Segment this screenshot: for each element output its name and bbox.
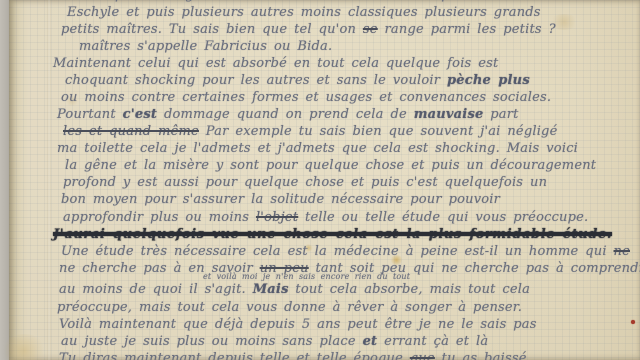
manuscript-text: et un peu V. Hugo et Dickens et Beecher … xyxy=(9,0,640,360)
handwritten-text: Tu diras maintenant depuis telle et tell… xyxy=(59,351,410,360)
crossed-out-text: J'aurai quelquefois vue une chose cela e… xyxy=(53,227,612,242)
handwritten-text: Par exemple tu sais bien que souvent j'a… xyxy=(199,124,558,139)
crossed-out-text: l'objet xyxy=(256,210,298,225)
handwritten-text: tout cela absorbe, mais tout cela xyxy=(289,282,531,297)
manuscript-line: Voilà maintenant que déjà depuis 5 ans p… xyxy=(53,316,638,333)
manuscript-line: au moins de quoi il s'agit. Mais tout ce… xyxy=(53,281,638,298)
crossed-out-text: les et quand même xyxy=(63,124,199,139)
handwritten-text: part xyxy=(483,107,518,122)
handwritten-text: choquant shocking pour les autres et san… xyxy=(65,73,447,88)
handwritten-text: ma toilette cela je l'admets et j'admets… xyxy=(57,141,578,156)
handwritten-text: telle ou telle étude qui vous préoccupe. xyxy=(298,210,588,225)
handwritten-text: mauvaise xyxy=(414,107,484,122)
handwritten-text: et xyxy=(363,334,378,349)
handwritten-text: Maintenant celui qui est absorbé en tout… xyxy=(53,56,498,71)
manuscript-line: bon moyen pour s'assurer la solitude néc… xyxy=(53,191,638,208)
handwritten-text: Une étude très nécessaire cela est la mé… xyxy=(61,244,614,259)
manuscript-line: J'aurai quelquefois vue une chose cela e… xyxy=(53,226,638,243)
handwritten-text: pèche plus xyxy=(447,73,530,88)
manuscript-line: préoccupe, mais tout cela vous donne à r… xyxy=(53,299,638,316)
crossed-out-text: ne xyxy=(614,244,630,259)
manuscript-line: Une étude très nécessaire cela est la mé… xyxy=(53,243,638,260)
crossed-out-text: que xyxy=(410,351,435,360)
handwritten-text: au moins de quoi il s'agit. xyxy=(59,282,253,297)
handwritten-text: Mais xyxy=(253,282,289,297)
manuscript-photo: et un peu V. Hugo et Dickens et Beecher … xyxy=(0,0,640,360)
manuscript-line: les et quand même Par exemple tu sais bi… xyxy=(53,123,638,140)
manuscript-line: choquant shocking pour les autres et san… xyxy=(53,72,638,89)
handwritten-text: tu as baissé xyxy=(435,351,527,360)
manuscript-line: Pourtant c'est dommage quand on prend ce… xyxy=(53,106,638,123)
manuscript-line: Maintenant celui qui est absorbé en tout… xyxy=(53,55,638,72)
handwritten-text: au juste je suis plus ou moins sans plac… xyxy=(61,334,363,349)
handwritten-text: et un peu V. Hugo et Dickens et Beecher … xyxy=(71,0,569,3)
handwritten-text: Eschyle et puis plusieurs autres moins c… xyxy=(67,5,541,20)
manuscript-line: Eschyle et puis plusieurs autres moins c… xyxy=(53,4,638,21)
manuscript-page: et un peu V. Hugo et Dickens et Beecher … xyxy=(9,0,640,360)
red-ink-dot xyxy=(631,320,635,324)
crossed-out-text: se xyxy=(363,22,378,37)
handwritten-text: range parmi les petits ? xyxy=(378,22,556,37)
handwritten-text: c'est xyxy=(123,107,158,122)
handwritten-text: bon moyen pour s'assurer la solitude néc… xyxy=(61,192,500,207)
manuscript-line: Tu diras maintenant depuis telle et tell… xyxy=(53,350,638,360)
handwritten-text: petits maîtres. Tu sais bien que tel qu'… xyxy=(61,22,363,37)
handwritten-text: la gêne et la misère y sont pour quelque… xyxy=(65,158,596,173)
handwritten-text: préoccupe, mais tout cela vous donne à r… xyxy=(57,300,522,315)
handwritten-text: approfondir plus ou moins xyxy=(63,210,256,225)
manuscript-line: ou moins contre certaines formes et usag… xyxy=(53,89,638,106)
handwritten-text: Pourtant xyxy=(57,107,123,122)
manuscript-line: ma toilette cela je l'admets et j'admets… xyxy=(53,140,638,157)
handwritten-text: profond y est aussi pour quelque chose e… xyxy=(63,175,547,190)
handwritten-text: maîtres s'appelle Fabricius ou Bida. xyxy=(79,39,332,54)
manuscript-line: approfondir plus ou moins l'objet telle … xyxy=(53,209,638,226)
manuscript-line: la gêne et la misère y sont pour quelque… xyxy=(53,157,638,174)
manuscript-line: au juste je suis plus ou moins sans plac… xyxy=(53,333,638,350)
manuscript-line: petits maîtres. Tu sais bien que tel qu'… xyxy=(53,21,638,38)
handwritten-text: dommage quand on prend cela de xyxy=(157,107,414,122)
handwritten-text: et voilà moi je n'en sais encore rien du… xyxy=(203,272,410,281)
handwritten-text: errant çà et là xyxy=(377,334,488,349)
manuscript-line: profond y est aussi pour quelque chose e… xyxy=(53,174,638,191)
manuscript-line: maîtres s'appelle Fabricius ou Bida. xyxy=(53,38,638,55)
handwritten-text: Voilà maintenant que déjà depuis 5 ans p… xyxy=(59,317,537,332)
handwritten-text: ou moins contre certaines formes et usag… xyxy=(61,90,551,105)
